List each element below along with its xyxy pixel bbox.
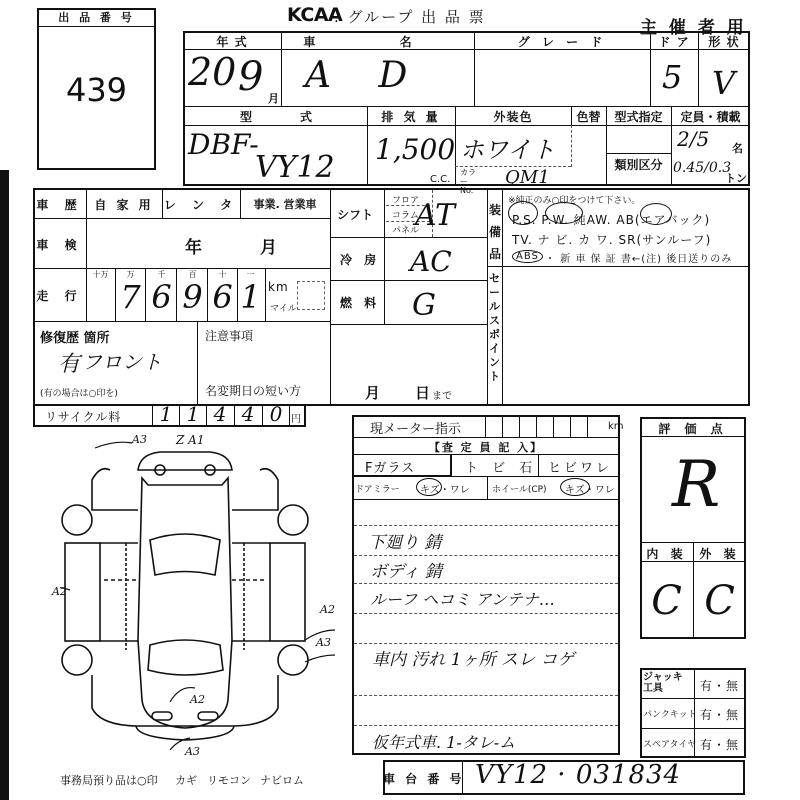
inspection-label: 車 検: [33, 236, 86, 253]
accessory-value-spare-tire[interactable]: 有・無: [700, 736, 739, 753]
remark-line-2: ボディ 錆: [370, 557, 442, 582]
repair-hint: (有の場合は○印を): [40, 386, 118, 399]
mile-checkbox[interactable]: [297, 281, 325, 310]
door-value: 5: [662, 58, 682, 96]
score-value: R: [672, 448, 720, 522]
color-no-value: QM1: [505, 167, 550, 188]
damage-mark-front-hood: A2: [190, 693, 205, 706]
history-option-business[interactable]: 事業. 営業車: [240, 196, 330, 212]
meter-digit-cell[interactable]: [485, 415, 486, 437]
year-label: 年 式: [183, 33, 281, 50]
circle-mark-mirror: [416, 478, 442, 496]
shift-label: シフト: [337, 206, 373, 223]
recycle-digit-cell: 1: [179, 404, 206, 427]
mileage-digit-cell: 十万: [86, 268, 116, 321]
crack-option[interactable]: ヒビワレ: [548, 457, 612, 476]
chip-option[interactable]: ト ビ 石: [465, 457, 537, 476]
fuel-label: 燃 料: [340, 294, 380, 311]
capacity-load-value: 0.45/0.3: [673, 160, 731, 176]
meter-digit-cell[interactable]: [553, 415, 554, 437]
meter-label: 現メーター指示: [370, 418, 461, 437]
sales-point-field: [504, 268, 748, 404]
cc-unit: C.C.: [430, 174, 450, 185]
scan-edge-bar: [0, 170, 9, 800]
chassis-number-label: 車 台 番 号: [383, 770, 462, 787]
mileage-digit-cell: 千6: [147, 268, 177, 321]
recycle-digit-value: 1: [153, 402, 179, 426]
meter-digit-cell[interactable]: [519, 415, 520, 437]
exterior-value: C: [693, 578, 746, 624]
model-label-2: 式: [300, 108, 313, 125]
damage-mark-rear-left: A3: [132, 433, 147, 446]
interior-label: 内 装: [640, 545, 693, 562]
damage-mark-left-side: A2: [52, 585, 67, 598]
equipment-line-3: ・ 新 車 保 証 書←(注) 後日送りのみ: [545, 250, 732, 265]
meter-digit-cell[interactable]: [587, 415, 588, 437]
remark-line-1: 下廻り 錆: [368, 528, 441, 553]
meter-digit-cell[interactable]: [570, 415, 571, 437]
repair-label: 修復歴 箇所: [40, 327, 110, 346]
wheel-label: ホイール(CP): [492, 482, 547, 495]
damage-mark-right-side-2: A3: [316, 636, 331, 649]
km-unit: km: [268, 280, 289, 294]
month-unit: 月: [268, 90, 280, 106]
circle-mark-ab: [640, 203, 672, 225]
mileage-label: 走 行: [33, 287, 86, 304]
car-name-label: 車 名: [281, 33, 474, 50]
custody-item-remote[interactable]: リモコン: [207, 772, 251, 788]
category-label: 類別区分: [606, 156, 671, 173]
remark-line-3: ルーフ ヘコミ アンテナ…: [370, 587, 555, 610]
meter-digit-cell[interactable]: [536, 415, 537, 437]
mileage-digit-cell: 万7: [116, 268, 146, 321]
sales-point-label: セールスポイント: [489, 272, 501, 384]
remark-line-6: 仮年式車. 1-タレ-ム: [372, 730, 515, 753]
circle-mark-ps: [508, 201, 538, 225]
office-custody-label: 事務局預り品は○印: [60, 772, 158, 788]
recycle-digit-cell: 1: [152, 404, 179, 427]
repair-value: フロント: [82, 346, 162, 375]
capacity-persons-value: 2/5: [677, 127, 709, 151]
deadline-month-unit: 月: [365, 382, 381, 403]
recycle-digit-value: 4: [207, 402, 233, 426]
ac-value: AC: [410, 245, 452, 278]
mile-unit: マイル: [270, 301, 297, 314]
windshield-label: Fガラス: [365, 457, 415, 476]
grade-label: グ レ ー ド: [474, 33, 650, 50]
meter-unit: km: [608, 421, 624, 432]
remark-line-4: 車内 汚れ 1ヶ所 スレ コゲ: [372, 645, 574, 670]
model-value-1: DBF-: [188, 128, 259, 161]
equipment-line-2: TV. ナ ビ. カ ワ. SR(サンルーフ): [512, 231, 711, 248]
color-change-label: 色替: [571, 108, 606, 125]
equipment-abs[interactable]: ABS: [512, 250, 543, 263]
inspector-header: 【査 定 員 記 入】: [352, 439, 620, 455]
accessory-label-puncture-kit: パンクキット: [643, 707, 697, 720]
exterior-color-label: 外装色: [455, 108, 571, 125]
recycle-digit-cell: 0: [262, 404, 289, 427]
recycle-digit-value: 1: [180, 402, 206, 426]
body-type-label: 形 状: [698, 33, 750, 50]
car-name-value: A D: [305, 55, 425, 96]
notes-label: 注意事項: [205, 327, 253, 344]
sheet-title: . グループ 出 品 票: [334, 6, 486, 27]
damage-mark-right-side-1: A2: [320, 603, 335, 616]
displacement-label: 排 気 量: [367, 108, 455, 125]
mileage-digit-value: 9: [178, 278, 207, 316]
month-value: 9: [238, 54, 263, 100]
model-designation-label: 型式指定: [606, 108, 671, 125]
equipment-line-1: P.S. P.W. 純AW. AB(エアバック): [512, 211, 710, 228]
shift-value: AT: [415, 198, 455, 233]
damage-mark-front-bumper: A3: [185, 745, 200, 758]
exterior-color-value: ホワイト: [460, 130, 555, 165]
lot-number-label: 出 品 番 号: [39, 10, 154, 27]
lot-number-box: 出 品 番 号 439: [37, 8, 156, 170]
capacity-persons-unit: 名: [732, 140, 744, 156]
interior-value: C: [640, 578, 693, 624]
inspection-month-unit: 月: [260, 233, 278, 258]
history-option-private[interactable]: 自 家 用: [86, 196, 162, 213]
history-option-rental[interactable]: レ ン タ: [162, 196, 240, 213]
score-label: 評 価 点: [640, 420, 746, 437]
accessory-label-jack: ジャッキ 工具: [643, 672, 693, 694]
displacement-value: 1,500: [375, 133, 455, 166]
accessory-value-jack[interactable]: 有・無: [700, 677, 739, 694]
exterior-label: 外 装: [693, 545, 746, 562]
fuel-value: G: [412, 288, 436, 323]
mileage-digit-value: 1: [236, 278, 265, 316]
history-label: 車 歴: [33, 196, 86, 213]
custody-item-key[interactable]: カギ: [175, 772, 197, 788]
accessory-label-spare-tire: スペアタイヤ: [643, 737, 696, 750]
deadline-until: まで: [432, 387, 452, 402]
recycle-fee-unit: 円: [291, 410, 301, 425]
meter-digit-cell[interactable]: [502, 415, 503, 437]
mileage-digit-value: 6: [208, 278, 237, 316]
model-label-1: 型: [240, 108, 253, 125]
body-type-value: V: [712, 64, 735, 102]
damage-mark-rear: Z A1: [176, 433, 204, 447]
recycle-digit-cell: 4: [206, 404, 233, 427]
circle-mark-wheel: [560, 478, 590, 496]
capacity-label: 定員・積載: [671, 108, 750, 125]
circle-mark-pw: [545, 202, 583, 224]
mirror-label: ドアミラー: [355, 482, 400, 495]
mileage-digit-cell: 一1: [236, 268, 266, 321]
repair-value-mark: 有: [58, 347, 80, 378]
chassis-number-value: VY12 · 031834: [475, 760, 681, 790]
mileage-digit-cell: 十6: [208, 268, 238, 321]
accessory-value-puncture-kit[interactable]: 有・無: [700, 706, 739, 723]
model-value-2: VY12: [255, 150, 335, 185]
equipment-label: 装 備 品: [489, 199, 501, 265]
mileage-digit-cell: 百9: [178, 268, 208, 321]
recycle-digit-value: 0: [263, 402, 289, 426]
custody-item-nav-rom[interactable]: ナビロム: [260, 772, 304, 788]
recycle-fee-label: リサイクル料: [45, 408, 121, 425]
mileage-place-label: 十万: [86, 269, 115, 280]
year-value: 20: [188, 50, 236, 94]
deadline-day-unit: 日: [415, 382, 431, 403]
recycle-digit-value: 4: [235, 402, 261, 426]
lot-number-value: 439: [39, 71, 154, 109]
mileage-digit-value: 7: [116, 278, 145, 316]
name-change-deadline-label: 名変期日の短い方: [205, 382, 301, 399]
ac-label: 冷 房: [340, 251, 380, 268]
grade-value: [474, 49, 650, 106]
mileage-digit-value: 6: [147, 278, 176, 316]
inspection-year-unit: 年: [185, 233, 203, 258]
door-label: ド ア: [650, 33, 698, 50]
recycle-digit-cell: 4: [234, 404, 261, 427]
